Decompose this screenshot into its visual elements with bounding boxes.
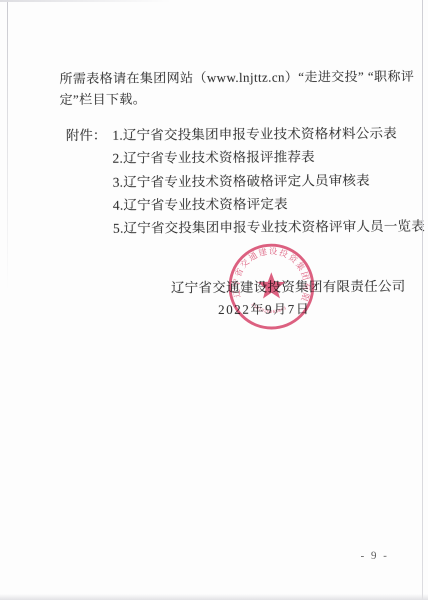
scan-edge-left <box>7 0 8 290</box>
body-paragraph: 所需表格请在集团网站（www.lnjttz.cn）“走进交投” “职称评 定”栏… <box>59 66 414 110</box>
scan-edge-bottom <box>0 594 428 600</box>
attachment-item: 2.辽宁省专业技术资格报评推荐表 <box>112 145 424 170</box>
paragraph-line-2: 定”栏目下载。 <box>60 87 415 110</box>
attachment-item: 3.辽宁省专业技术资格破格评定人员审核表 <box>113 168 425 193</box>
attachments-block: 附件： 1.辽宁省交投集团申报专业技术资格材料公示表 2.辽宁省专业技术资格报评… <box>66 122 425 241</box>
attachments-label: 附件： <box>66 124 107 241</box>
scanned-document-page: 所需表格请在集团网站（www.lnjttz.cn）“走进交投” “职称评 定”栏… <box>0 0 428 600</box>
page-number: - 9 - <box>342 550 408 562</box>
attachment-item: 5.辽宁省交投集团申报专业技术资格评审人员一览表 <box>113 215 425 240</box>
document-content: 所需表格请在集团网站（www.lnjttz.cn）“走进交投” “职称评 定”栏… <box>0 0 428 600</box>
scan-edge-top <box>0 0 428 2</box>
attachments-list: 1.辽宁省交投集团申报专业技术资格材料公示表 2.辽宁省专业技术资格报评推荐表 … <box>112 122 425 241</box>
seal-code-text: 2101020265843 <box>250 301 287 314</box>
company-seal-stamp: 辽宁省交通建设投资集团有限责任公司 2101020265843 <box>223 241 321 332</box>
attachment-item: 1.辽宁省交投集团申报专业技术资格材料公示表 <box>112 122 424 147</box>
seal-star-icon <box>258 272 286 298</box>
attachment-item: 4.辽宁省专业技术资格评定表 <box>113 191 425 216</box>
scan-edge-right <box>422 0 423 600</box>
paragraph-line-1: 所需表格请在集团网站（www.lnjttz.cn）“走进交投” “职称评 <box>59 66 414 89</box>
svg-text:2101020265843: 2101020265843 <box>250 301 287 314</box>
